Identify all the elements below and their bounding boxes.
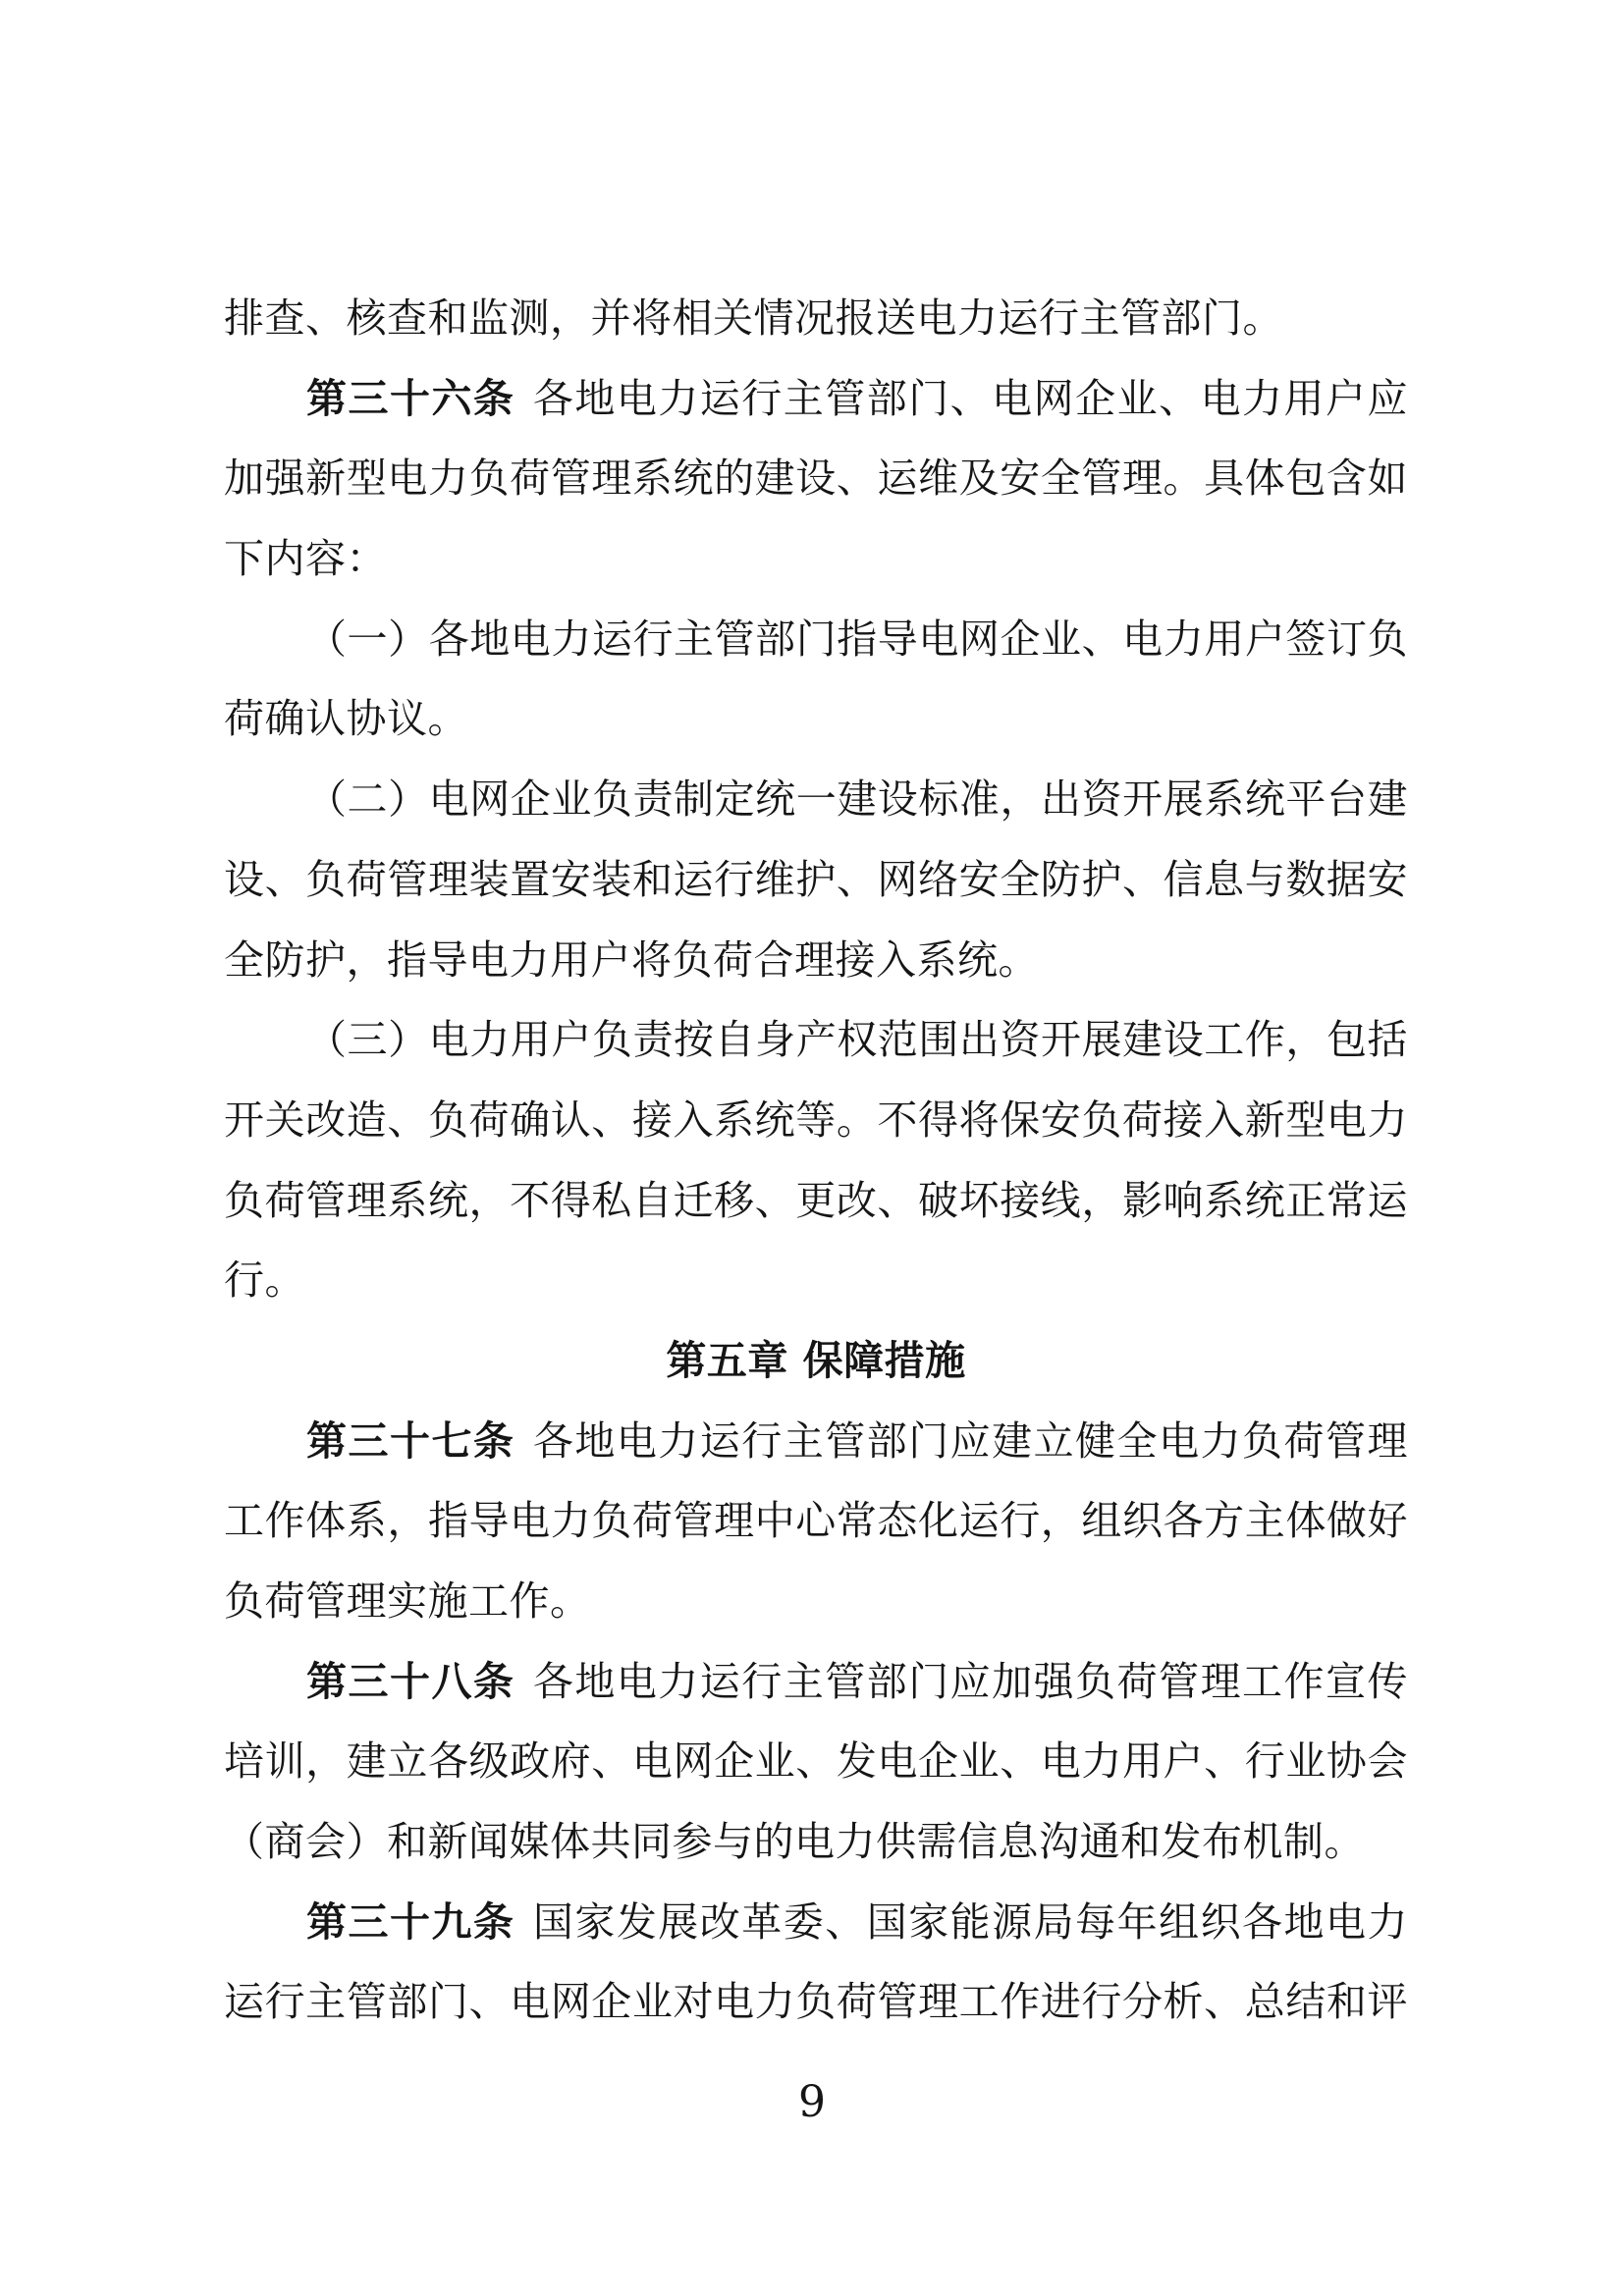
text-line-2-body: 各地电力运行主管部门、电网企业、电力用户应 <box>533 375 1408 422</box>
text-line-12: 负荷管理系统，不得私自迁移、更改、破坏接线，影响系统正常运 <box>224 1161 1408 1242</box>
chapter-heading: 第五章 保障措施 <box>224 1321 1408 1402</box>
text-line-18: 培训，建立各级政府、电网企业、发电企业、电力用户、行业协会 <box>224 1722 1408 1802</box>
document-page: 排查、核查和监测，并将相关情况报送电力运行主管部门。 第三十六条各地电力运行主管… <box>0 0 1624 2296</box>
document-body: 排查、核查和监测，并将相关情况报送电力运行主管部门。 第三十六条各地电力运行主管… <box>224 279 1408 2043</box>
text-line-21: 运行主管部门、电网企业对电力负荷管理工作进行分析、总结和评 <box>224 1962 1408 2043</box>
text-line-5: （一）各地电力运行主管部门指导电网企业、电力用户签订负 <box>224 600 1408 680</box>
text-line-14: 第三十七条各地电力运行主管部门应建立健全电力负荷管理 <box>224 1402 1408 1482</box>
text-line-11: 开关改造、负荷确认、接入系统等。不得将保安负荷接入新型电力 <box>224 1081 1408 1161</box>
text-line-7: （二）电网企业负责制定统一建设标准，出资开展系统平台建 <box>224 760 1408 840</box>
article-number-39: 第三十九条 <box>306 1898 514 1946</box>
article-number-37: 第三十七条 <box>306 1417 514 1465</box>
text-line-20-body: 国家发展改革委、国家能源局每年组织各地电力 <box>533 1898 1408 1946</box>
text-line-3: 加强新型电力负荷管理系统的建设、运维及安全管理。具体包含如 <box>224 439 1408 519</box>
text-line-8: 设、负荷管理装置安装和运行维护、网络安全防护、信息与数据安 <box>224 840 1408 921</box>
article-number-38: 第三十八条 <box>306 1658 514 1705</box>
text-line-13: 行。 <box>224 1241 1408 1321</box>
text-line-16: 负荷管理实施工作。 <box>224 1562 1408 1642</box>
article-number-36: 第三十六条 <box>306 375 514 422</box>
text-line-4: 下内容： <box>224 519 1408 600</box>
text-line-14-body: 各地电力运行主管部门应建立健全电力负荷管理 <box>533 1417 1408 1465</box>
text-line-1: 排查、核查和监测，并将相关情况报送电力运行主管部门。 <box>224 279 1408 359</box>
text-line-19: （商会）和新闻媒体共同参与的电力供需信息沟通和发布机制。 <box>224 1802 1408 1883</box>
text-line-9: 全防护，指导电力用户将负荷合理接入系统。 <box>224 921 1408 1001</box>
text-line-17-body: 各地电力运行主管部门应加强负荷管理工作宣传 <box>533 1658 1408 1705</box>
page-number: 9 <box>0 2073 1624 2132</box>
text-line-20: 第三十九条国家发展改革委、国家能源局每年组织各地电力 <box>224 1883 1408 1963</box>
text-line-2: 第三十六条各地电力运行主管部门、电网企业、电力用户应 <box>224 359 1408 440</box>
text-line-10: （三）电力用户负责按自身产权范围出资开展建设工作，包括 <box>224 1000 1408 1081</box>
text-line-6: 荷确认协议。 <box>224 679 1408 760</box>
text-line-17: 第三十八条各地电力运行主管部门应加强负荷管理工作宣传 <box>224 1642 1408 1723</box>
text-line-15: 工作体系，指导电力负荷管理中心常态化运行，组织各方主体做好 <box>224 1481 1408 1562</box>
